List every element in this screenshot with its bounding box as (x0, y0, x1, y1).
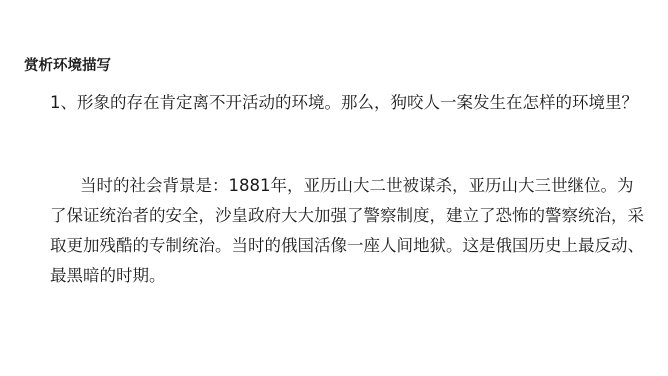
answer-line: 最黑暗的时期。 (50, 261, 640, 291)
answer-line: 了保证统治者的安全，沙皇政府大大加强了警察制度，建立了恐怖的警察统治，采 (50, 201, 640, 231)
section-heading: 赏析环境描写 (24, 56, 111, 76)
question-text: 1、形象的存在肯定离不开活动的环境。那么，狗咬人一案发生在怎样的环境里？ (50, 92, 638, 114)
answer-line: 当时的社会背景是：1881年，亚历山大二世被谋杀，亚历山大三世继位。为 (50, 171, 640, 201)
answer-line: 取更加残酷的专制统治。当时的俄国活像一座人间地狱。这是俄国历史上最反动、 (50, 231, 640, 261)
answer-paragraph: 当时的社会背景是：1881年，亚历山大二世被谋杀，亚历山大三世继位。为 了保证统… (50, 171, 640, 291)
